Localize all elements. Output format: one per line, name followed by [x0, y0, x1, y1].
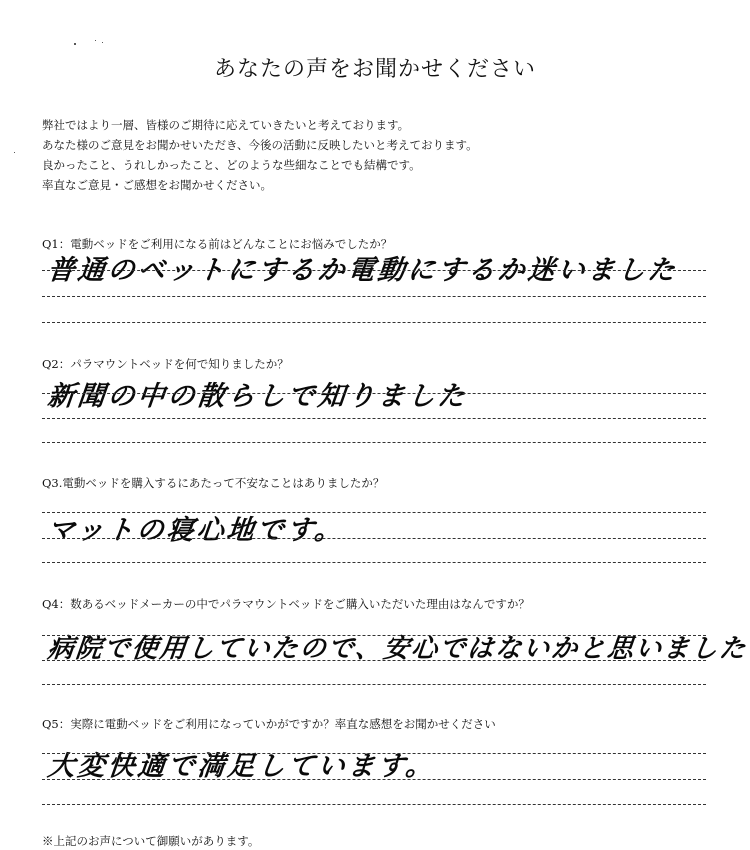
- answer-line: [42, 393, 706, 394]
- answer-line: [42, 418, 706, 419]
- question-2-label: Q2：パラマウントベッドを何で知りましたか？: [42, 356, 289, 372]
- question-3-label: Q3.電動ベッドを購入するにあたって不安なことはありましたか？: [42, 475, 384, 491]
- scan-speck: [102, 42, 103, 43]
- answer-line: [42, 804, 706, 805]
- answer-line: [42, 322, 706, 323]
- answer-line: [42, 779, 706, 780]
- answer-line: [42, 296, 706, 297]
- answer-line: [42, 538, 706, 539]
- answer-line: [42, 753, 706, 754]
- scan-speck: [95, 40, 96, 41]
- page-title: あなたの声をお聞かせください: [0, 52, 750, 83]
- answer-line: [42, 442, 706, 443]
- question-5-label: Q5：実際に電動ベッドをご利用になっていかがですか？率直な感想をお聞かせください: [42, 716, 496, 732]
- question-3-answer[interactable]: マットの寝心地です。: [46, 508, 347, 547]
- answer-line: [42, 635, 706, 636]
- answer-line: [42, 270, 706, 271]
- question-1-answer[interactable]: 普通のベットにするか電動にするか迷いました: [46, 248, 680, 287]
- answer-line: [42, 512, 706, 513]
- intro-line: あなた様のご意見をお聞かせいただき、今後の活動に反映したいと考えております。: [42, 135, 478, 155]
- answer-line: [42, 562, 706, 563]
- scan-speck: [14, 152, 15, 153]
- intro-line: 率直なご意見・ご感想をお聞かせください。: [42, 175, 478, 195]
- scan-speck: [74, 43, 76, 45]
- answer-line: [42, 684, 706, 685]
- intro-line: 良かったこと、うれしかったこと、どのような些細なことでも結構です。: [42, 155, 478, 175]
- question-4-label: Q4：数あるベッドメーカーの中でパラマウントベッドをご購入いただいた理由はなんで…: [42, 596, 530, 612]
- answer-line: [42, 660, 706, 661]
- intro-line: 弊社ではより一層、皆様のご期待に応えていきたいと考えております。: [42, 115, 478, 135]
- intro-text: 弊社ではより一層、皆様のご期待に応えていきたいと考えております。 あなた様のご意…: [42, 115, 478, 195]
- question-5-answer[interactable]: 大変快適で満足しています。: [46, 744, 438, 783]
- footer-note: ※上記のお声について御願いがあります。: [42, 833, 259, 849]
